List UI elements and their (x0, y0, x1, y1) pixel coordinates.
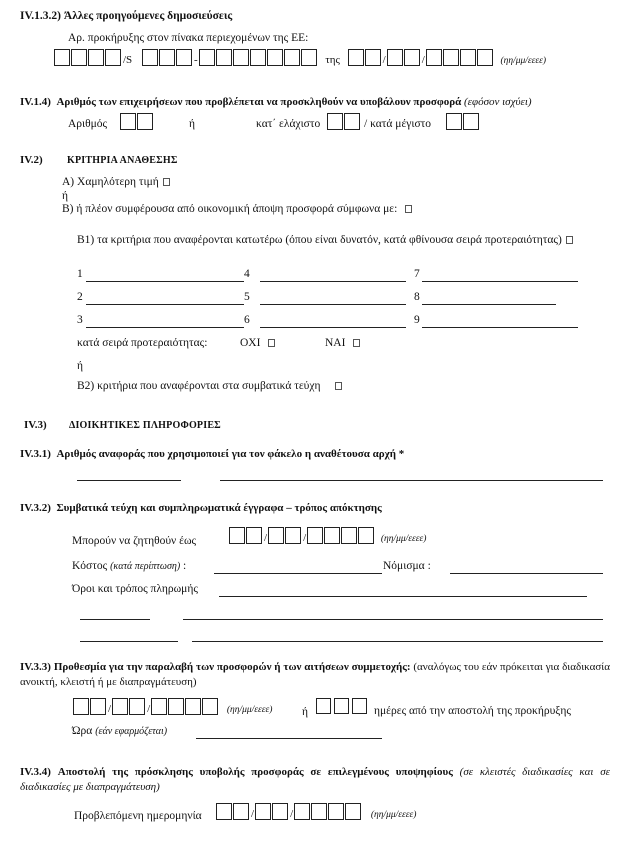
notice-series-digit-3[interactable] (176, 49, 192, 66)
criterion-2-line[interactable] (86, 304, 244, 305)
or-label: ή (62, 190, 68, 202)
payment-terms-line-1[interactable] (219, 596, 587, 597)
expected-date-label: Προβλεπόμενη ημερομηνία (74, 810, 202, 822)
cost-label: Κόστος (72, 560, 107, 572)
month-digit-2[interactable] (285, 527, 301, 544)
section-title: Άλλες προηγούμενες δημοσιεύσεις (64, 10, 232, 22)
notice-number-label: Αρ. προκήρυξης στον πίνακα περιεχομένων … (68, 32, 308, 44)
days-label: ημέρες από την αποστολή της προκήρυξης (374, 705, 571, 717)
notice-id-digit-5[interactable] (267, 49, 283, 66)
criterion-number: 9 (414, 314, 420, 326)
year-digit-2[interactable] (324, 527, 340, 544)
date-slash: / (422, 54, 425, 66)
year-digit-4[interactable] (358, 527, 374, 544)
criterion-6-line[interactable] (260, 327, 406, 328)
criterion-number: 3 (77, 314, 83, 326)
year-digit-4[interactable] (345, 803, 361, 820)
b2-label: Β2) κριτήρια που αναφέρονται στα συμβατι… (77, 380, 321, 392)
notice-year-digit-1[interactable] (54, 49, 70, 66)
year-digit-4[interactable] (202, 698, 218, 715)
day-digit-2[interactable] (90, 698, 106, 715)
year-digit-1[interactable] (294, 803, 310, 820)
section-title: Αριθμός των επιχειρήσεων που προβλέπεται… (56, 96, 461, 108)
notice-id-digit-7[interactable] (301, 49, 317, 66)
criterion-number: 1 (77, 268, 83, 280)
year-digit-1[interactable] (151, 698, 167, 715)
date-year-digit-2[interactable] (443, 49, 459, 66)
notice-id-digit-4[interactable] (250, 49, 266, 66)
currency-label: Νόμισμα : (383, 560, 431, 572)
notice-series-digit-2[interactable] (159, 49, 175, 66)
section-iv-3-title: ΔΙΟΙΚΗΤΙΚΕΣ ΠΛΗΡΟΦΟΡΙΕΣ (69, 420, 221, 431)
section-code: IV.1.3.2) (20, 10, 61, 22)
criterion-number: 7 (414, 268, 420, 280)
section-code: IV.3.2) (20, 502, 51, 514)
date-slash: / (264, 532, 267, 544)
date-slash: / (383, 54, 386, 66)
notice-year-digit-2[interactable] (71, 49, 87, 66)
criterion-number: 6 (244, 314, 250, 326)
criterion-3-line[interactable] (86, 327, 244, 328)
date-slash: / (303, 532, 306, 544)
section-title: Συμβατικά τεύχη και συμπληρωματικά έγγρα… (56, 502, 381, 514)
notice-id-digit-1[interactable] (199, 49, 215, 66)
month-digit-2[interactable] (272, 803, 288, 820)
criterion-4-line[interactable] (260, 281, 406, 282)
day-digit-2[interactable] (233, 803, 249, 820)
b1-criteria-text: Β1) τα κριτήρια που αναφέρονται κατωτέρω… (77, 233, 592, 248)
year-digit-2[interactable] (311, 803, 327, 820)
most-advantageous-checkbox[interactable] (405, 205, 412, 213)
section-title: Αποστολή της πρόσκλησης υποβολής προσφορ… (58, 766, 453, 778)
max-label: / κατά μέγιστο (364, 118, 431, 130)
s-separator: /S (123, 54, 132, 66)
or-label: ή (189, 118, 195, 130)
section-iv-2-code: IV.2) (20, 154, 43, 166)
date-year-digit-3[interactable] (460, 49, 476, 66)
min-digit-2[interactable] (344, 113, 360, 130)
date-format-hint: (ηη/μμ/εεεε) (227, 705, 273, 715)
notice-id-digit-2[interactable] (216, 49, 232, 66)
number-label: Αριθμός (68, 118, 107, 130)
criterion-number: 4 (244, 268, 250, 280)
day-digit-1[interactable] (216, 803, 232, 820)
date-day-digit-1[interactable] (348, 49, 364, 66)
priority-label: κατά σειρά προτεραιότητας: (77, 337, 207, 349)
payment-terms-line-2b[interactable] (183, 619, 603, 620)
time-label: Ώρα (72, 725, 92, 737)
cost-line[interactable] (214, 573, 382, 574)
section-iv-3-code: IV.3) (24, 419, 47, 431)
year-digit-3[interactable] (185, 698, 201, 715)
days-field (316, 698, 368, 714)
date-slash: / (290, 808, 293, 820)
dash-separator: - (194, 54, 198, 66)
month-digit-1[interactable] (255, 803, 271, 820)
criterion-number: 8 (414, 291, 420, 303)
date-format-hint: (ηη/μμ/εεεε) (501, 56, 547, 66)
criterion-number: 2 (77, 291, 83, 303)
date-month-digit-2[interactable] (404, 49, 420, 66)
section-iv-3-2-heading: IV.3.2) Συμβατικά τεύχη και συμπληρωματι… (20, 502, 382, 514)
cost-label-group: Κόστος (κατά περίπτωση) : (72, 560, 186, 572)
section-iv-3-4-heading: IV.3.4) Αποστολή της πρόσκλησης υποβολής… (20, 765, 610, 795)
section-code: IV.3.4) (20, 766, 51, 778)
b1-checkbox[interactable] (566, 236, 573, 244)
priority-yes-checkbox[interactable] (353, 339, 360, 347)
payment-terms-line-3b[interactable] (192, 641, 603, 642)
section-iv-2-title: ΚΡΙΤΗΡΙΑ ΑΝΑΘΕΣΗΣ (67, 155, 178, 166)
expected-date: // (ηη/μμ/εεεε) (216, 803, 416, 820)
section-code: IV.1.4) (20, 96, 51, 108)
payment-terms-line-3a[interactable] (80, 641, 178, 642)
year-digit-2[interactable] (168, 698, 184, 715)
number-digit-1[interactable] (120, 113, 136, 130)
of-label: της (325, 54, 340, 66)
option-a-label: Α) Χαμηλότερη τιμή (62, 176, 159, 188)
section-note: (εφόσον ισχύει) (464, 96, 532, 108)
number-field (120, 113, 154, 130)
year-digit-1[interactable] (307, 527, 323, 544)
lowest-price-checkbox[interactable] (163, 178, 170, 186)
notice-id-digit-3[interactable] (233, 49, 249, 66)
priority-no-checkbox[interactable] (268, 339, 275, 347)
max-digit-2[interactable] (463, 113, 479, 130)
notice-id-digit-6[interactable] (284, 49, 300, 66)
notice-number-row: /S - της // (ηη/μμ/εεεε) (54, 49, 546, 69)
deadline-date: // (ηη/μμ/εεεε) (73, 698, 272, 715)
day-digit-1[interactable] (73, 698, 89, 715)
or-label: ή (302, 706, 308, 718)
min-label: κατ΄ ελάχιστο (256, 118, 320, 130)
time-label-group: Ώρα (εάν εφαρμόζεται) (72, 725, 167, 737)
section-code: IV.3.1) (20, 448, 51, 460)
section-iv-1-3-2-heading: IV.1.3.2) Άλλες προηγούμενες δημοσιεύσει… (20, 10, 232, 22)
date-slash: / (251, 808, 254, 820)
payment-terms-label: Όροι και τρόπος πληρωμής (72, 583, 198, 595)
criterion-5-line[interactable] (260, 304, 406, 305)
notice-series-digit-1[interactable] (142, 49, 158, 66)
yes-label: ΝΑΙ (325, 337, 345, 349)
reference-number-line-1[interactable] (77, 480, 181, 481)
cost-note: (κατά περίπτωση) (110, 561, 180, 572)
days-digit-1[interactable] (316, 698, 331, 714)
section-title: Προθεσμία για την παραλαβή των προσφορών… (54, 661, 411, 673)
currency-line[interactable] (450, 573, 603, 574)
number-digit-2[interactable] (137, 113, 153, 130)
section-iv-3-1-heading: IV.3.1) Αριθμός αναφοράς που χρησιμοποιε… (20, 448, 404, 460)
date-slash: / (147, 703, 150, 715)
criterion-1-line[interactable] (86, 281, 244, 282)
b2-checkbox[interactable] (335, 382, 342, 390)
or-label: ή (77, 360, 83, 372)
day-digit-2[interactable] (246, 527, 262, 544)
days-digit-2[interactable] (334, 698, 349, 714)
criterion-9-line[interactable] (422, 327, 578, 328)
date-year-digit-4[interactable] (477, 49, 493, 66)
max-field (446, 113, 480, 130)
month-digit-1[interactable] (112, 698, 128, 715)
criterion-7-line[interactable] (422, 281, 578, 282)
date-format-hint: (ηη/μμ/εεεε) (371, 810, 417, 820)
section-iv-1-4-heading: IV.1.4) Αριθμός των επιχειρήσεων που προ… (20, 96, 532, 108)
year-digit-3[interactable] (341, 527, 357, 544)
b2-criteria: Β2) κριτήρια που αναφέρονται στα συμβατι… (77, 380, 342, 392)
date-month-digit-1[interactable] (387, 49, 403, 66)
time-note: (εάν εφαρμόζεται) (95, 726, 167, 737)
date-year-digit-1[interactable] (426, 49, 442, 66)
time-line[interactable] (196, 738, 382, 739)
section-title: Αριθμός αναφοράς που χρησιμοποιεί για το… (56, 448, 404, 460)
month-digit-1[interactable] (268, 527, 284, 544)
criterion-8-line[interactable] (422, 304, 556, 305)
priority-yes: ΝΑΙ (325, 337, 360, 349)
option-b-label: Β) ή πλέον συμφέρουσα από οικονομική άπο… (62, 203, 397, 215)
payment-terms-line-2a[interactable] (80, 619, 150, 620)
day-digit-1[interactable] (229, 527, 245, 544)
request-until-date: // (ηη/μμ/εεεε) (229, 527, 426, 544)
date-day-digit-2[interactable] (365, 49, 381, 66)
criterion-number: 5 (244, 291, 250, 303)
min-field (327, 113, 361, 130)
option-lowest-price: Α) Χαμηλότερη τιμή (62, 176, 170, 188)
reference-number-line-2[interactable] (220, 480, 603, 481)
notice-year-digit-3[interactable] (88, 49, 104, 66)
max-digit-1[interactable] (446, 113, 462, 130)
notice-year-digit-4[interactable] (105, 49, 121, 66)
month-digit-2[interactable] (129, 698, 145, 715)
section-code: IV.3.3) (20, 661, 51, 673)
days-digit-3[interactable] (352, 698, 367, 714)
colon: : (183, 560, 186, 572)
no-label: ΟΧΙ (240, 337, 260, 349)
year-digit-3[interactable] (328, 803, 344, 820)
priority-no: ΟΧΙ (240, 337, 275, 349)
request-until-label: Μπορούν να ζητηθούν έως (72, 535, 196, 547)
date-format-hint: (ηη/μμ/εεεε) (381, 534, 427, 544)
option-most-advantageous: Β) ή πλέον συμφέρουσα από οικονομική άπο… (62, 203, 412, 215)
b1-label: Β1) τα κριτήρια που αναφέρονται κατωτέρω… (77, 234, 562, 246)
date-slash: / (108, 703, 111, 715)
section-iv-3-3-heading: IV.3.3) Προθεσμία για την παραλαβή των π… (20, 660, 610, 690)
min-digit-1[interactable] (327, 113, 343, 130)
